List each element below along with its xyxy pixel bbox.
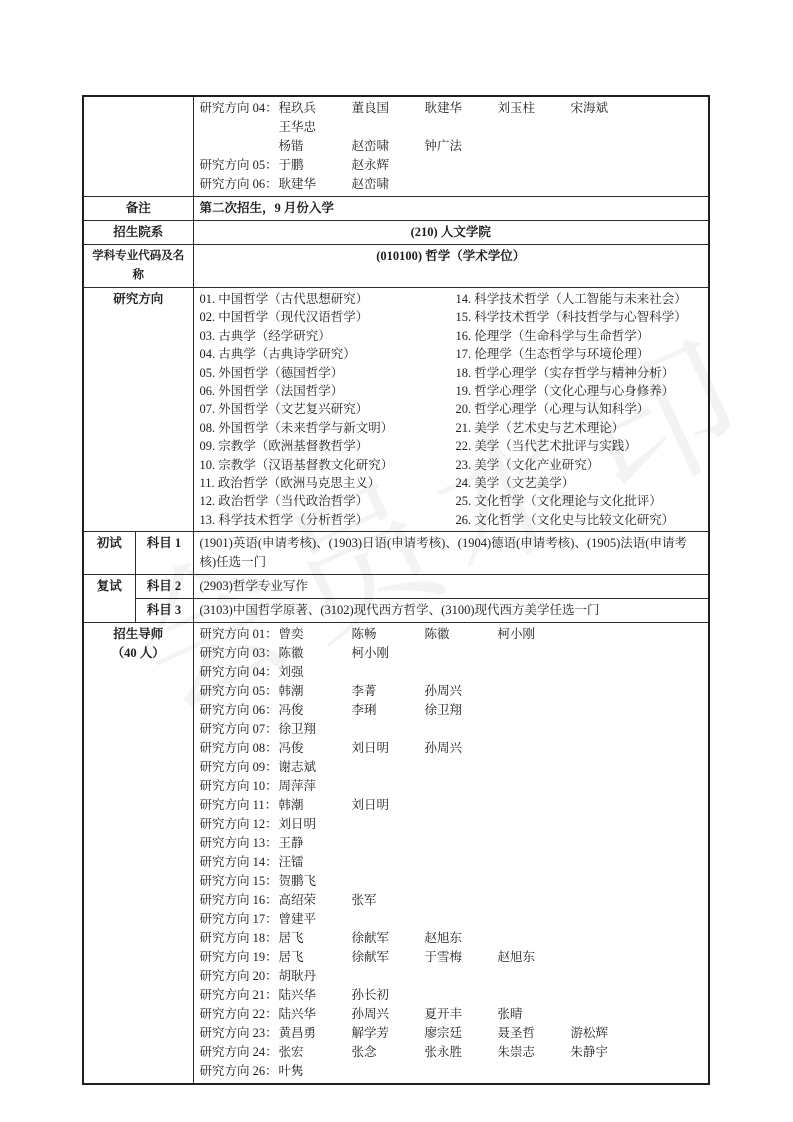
second-exam-row-1: 复试 科目 2 (2903)哲学专业写作 bbox=[83, 575, 709, 599]
direction-label: 研究方向 19： bbox=[200, 948, 279, 967]
direction-label: 研究方向 11： bbox=[200, 796, 279, 815]
supervisor-names: 韩潮李菁孙周兴 bbox=[279, 682, 703, 701]
supervisor-line: 研究方向 07： 徐卫翔 bbox=[200, 720, 703, 739]
direction-label: 研究方向 14： bbox=[200, 853, 279, 872]
remark-label: 备注 bbox=[83, 197, 193, 221]
supervisor-name: 耿建华 bbox=[425, 99, 498, 118]
supervisor-names: 刘日明 bbox=[279, 815, 703, 834]
direction-label: 研究方向 15： bbox=[200, 872, 279, 891]
supervisor-names: 黄昌勇解学芳廖宗廷聂圣哲游松辉 bbox=[279, 1024, 703, 1043]
direction-label: 研究方向 22： bbox=[200, 1005, 279, 1024]
supervisor-name: 柯小刚 bbox=[352, 644, 425, 663]
subject2-label: 科目 2 bbox=[135, 575, 193, 599]
mentors-label-line1: 招生导师 bbox=[90, 625, 187, 644]
supervisor-name: 徐卫翔 bbox=[279, 720, 352, 739]
supervisor-name: 陆兴华 bbox=[279, 1005, 352, 1024]
supervisor-name: 胡耿丹 bbox=[279, 967, 352, 986]
supervisor-names: 周萍萍 bbox=[279, 777, 703, 796]
supervisor-line: 研究方向 24： 张宏张念张永胜朱崇志朱静宇 bbox=[200, 1043, 703, 1062]
supervisor-line: 研究方向 10： 周萍萍 bbox=[200, 777, 703, 796]
direction-label: 研究方向 26： bbox=[200, 1062, 279, 1081]
direction-item: 12. 政治哲学（当代政治哲学） bbox=[200, 492, 456, 510]
supervisor-name: 廖宗廷 bbox=[425, 1024, 498, 1043]
direction-item: 02. 中国哲学（现代汉语哲学） bbox=[200, 308, 456, 326]
direction-label: 研究方向 05： bbox=[200, 682, 279, 701]
supervisor-name: 叶隽 bbox=[279, 1062, 352, 1081]
supervisor-name: 徐献军 bbox=[352, 929, 425, 948]
supervisor-line: 研究方向 26： 叶隽 bbox=[200, 1062, 703, 1081]
supervisor-name: 高绍荣 bbox=[279, 891, 352, 910]
supervisor-name: 曾奕 bbox=[279, 625, 352, 644]
direction-label: 研究方向 03： bbox=[200, 644, 279, 663]
supervisor-names: 居飞徐献军赵旭东 bbox=[279, 929, 703, 948]
first-exam-label: 初试 bbox=[83, 532, 135, 575]
direction-item: 06. 外国哲学（法国哲学） bbox=[200, 382, 456, 400]
direction-item: 01. 中国哲学（古代思想研究） bbox=[200, 290, 456, 308]
direction-item: 10. 宗教学（汉语基督教文化研究） bbox=[200, 456, 456, 474]
supervisor-names: 高绍荣张军 bbox=[279, 891, 703, 910]
supervisor-line: 研究方向 06： 耿建华赵峦啸 bbox=[200, 175, 703, 194]
directions-label: 研究方向 bbox=[83, 288, 193, 532]
supervisor-name: 张宏 bbox=[279, 1043, 352, 1062]
directions-right-column: 14. 科学技术哲学（人工智能与未来社会） 15. 科学技术哲学（科技哲学与心智… bbox=[456, 290, 703, 529]
direction-item: 20. 哲学心理学（心理与认知科学） bbox=[456, 400, 703, 418]
direction-item: 16. 伦理学（生命科学与生命哲学） bbox=[456, 327, 703, 345]
direction-item: 26. 文化哲学（文化史与比较文化研究） bbox=[456, 511, 703, 529]
supervisor-names: 程玖兵董良国耿建华刘玉柱宋海斌王华忠 bbox=[279, 99, 703, 137]
supervisor-name: 钟广法 bbox=[425, 137, 498, 156]
supervisor-name: 徐献军 bbox=[352, 948, 425, 967]
supervisor-name: 程玖兵 bbox=[279, 99, 352, 118]
direction-item: 11. 政治哲学（欧洲马克思主义） bbox=[200, 474, 456, 492]
supervisor-names: 冯俊刘日明孙周兴 bbox=[279, 739, 703, 758]
supervisor-name: 汪镭 bbox=[279, 853, 352, 872]
supervisor-name: 刘日明 bbox=[352, 739, 425, 758]
empty-label-cell bbox=[83, 96, 193, 197]
supervisor-line: 研究方向 16： 高绍荣张军 bbox=[200, 891, 703, 910]
supervisor-name: 聂圣哲 bbox=[498, 1024, 571, 1043]
supervisor-name: 冯俊 bbox=[279, 739, 352, 758]
supervisor-name: 宋海斌 bbox=[571, 99, 644, 118]
supervisor-name: 冯俊 bbox=[279, 701, 352, 720]
supervisor-name: 耿建华 bbox=[279, 175, 352, 194]
second-exam-row-2: 科目 3 (3103)中国哲学原著、(3102)现代西方哲学、(3100)现代西… bbox=[83, 599, 709, 623]
supervisor-line: 研究方向 15： 贺鹏飞 bbox=[200, 872, 703, 891]
supervisor-name: 于鹏 bbox=[279, 156, 352, 175]
direction-item: 17. 伦理学（生态哲学与环境伦理） bbox=[456, 345, 703, 363]
supervisor-line: 研究方向 12： 刘日明 bbox=[200, 815, 703, 834]
supervisor-names: 陆兴华孙周兴夏开丰张晴 bbox=[279, 1005, 703, 1024]
supervisor-name: 游松辉 bbox=[571, 1024, 644, 1043]
direction-label: 研究方向 20： bbox=[200, 967, 279, 986]
major-label: 学科专业代码及名称 bbox=[83, 245, 193, 288]
supervisor-name: 解学芳 bbox=[352, 1024, 425, 1043]
direction-label: 研究方向 23： bbox=[200, 1024, 279, 1043]
supervisor-line: 研究方向 21： 陆兴华孙长初 bbox=[200, 986, 703, 1005]
supervisor-names: 汪镭 bbox=[279, 853, 703, 872]
direction-label: 研究方向 04： bbox=[200, 99, 279, 137]
direction-item: 05. 外国哲学（德国哲学） bbox=[200, 364, 456, 382]
supervisor-name: 赵旭东 bbox=[498, 948, 571, 967]
supervisor-name: 居飞 bbox=[279, 948, 352, 967]
mentors-label-line2: （40 人） bbox=[90, 644, 187, 663]
supervisor-names: 叶隽 bbox=[279, 1062, 703, 1081]
direction-label: 研究方向 09： bbox=[200, 758, 279, 777]
supervisor-name: 张永胜 bbox=[425, 1043, 498, 1062]
supervisor-name: 赵峦啸 bbox=[352, 175, 425, 194]
department-value: (210) 人文学院 bbox=[193, 221, 709, 245]
supervisor-name: 赵峦啸 bbox=[352, 137, 425, 156]
supervisor-name: 黄昌勇 bbox=[279, 1024, 352, 1043]
direction-label: 研究方向 05： bbox=[200, 156, 279, 175]
subject2-value: (2903)哲学专业写作 bbox=[193, 575, 709, 599]
direction-label: 研究方向 07： bbox=[200, 720, 279, 739]
supervisor-line: 研究方向 06： 冯俊李琍徐卫翔 bbox=[200, 701, 703, 720]
mentors-label: 招生导师 （40 人） bbox=[83, 623, 193, 1085]
supervisor-name: 谢志斌 bbox=[279, 758, 352, 777]
supervisor-line: 研究方向 05： 于鹏赵永辉 bbox=[200, 156, 703, 175]
supervisor-line: 研究方向 23： 黄昌勇解学芳廖宗廷聂圣哲游松辉 bbox=[200, 1024, 703, 1043]
supervisor-name: 陈徽 bbox=[425, 625, 498, 644]
supervisor-name: 贺鹏飞 bbox=[279, 872, 352, 891]
subject3-value: (3103)中国哲学原著、(3102)现代西方哲学、(3100)现代西方美学任选… bbox=[193, 599, 709, 623]
direction-item: 19. 哲学心理学（文化心理与心身修养） bbox=[456, 382, 703, 400]
supervisor-names: 徐卫翔 bbox=[279, 720, 703, 739]
supervisor-names: 刘强 bbox=[279, 663, 703, 682]
supervisor-names: 谢志斌 bbox=[279, 758, 703, 777]
admissions-table: 研究方向 04： 程玖兵董良国耿建华刘玉柱宋海斌王华忠 杨锴赵峦啸钟广法 研究方… bbox=[82, 95, 710, 1085]
supervisor-name: 韩潮 bbox=[279, 796, 352, 815]
supervisor-name: 张晴 bbox=[498, 1005, 571, 1024]
supervisor-name: 刘日明 bbox=[352, 796, 425, 815]
supervisor-names: 陈徽柯小刚 bbox=[279, 644, 703, 663]
supervisor-name: 徐卫翔 bbox=[425, 701, 498, 720]
direction-item: 24. 美学（文艺美学） bbox=[456, 474, 703, 492]
supervisor-name: 刘玉柱 bbox=[498, 99, 571, 118]
supervisor-name: 李琍 bbox=[352, 701, 425, 720]
supervisor-name: 曾建平 bbox=[279, 910, 352, 929]
remark-value: 第二次招生，9 月份入学 bbox=[193, 197, 709, 221]
direction-label: 研究方向 04： bbox=[200, 663, 279, 682]
supervisor-line: 研究方向 13： 王静 bbox=[200, 834, 703, 853]
supervisor-names: 王静 bbox=[279, 834, 703, 853]
direction-label: 研究方向 13： bbox=[200, 834, 279, 853]
supervisor-names: 曾奕陈畅陈徽柯小刚 bbox=[279, 625, 703, 644]
supervisor-name: 杨锴 bbox=[279, 137, 352, 156]
supervisor-name: 孙周兴 bbox=[352, 1005, 425, 1024]
major-value: (010100) 哲学（学术学位） bbox=[193, 245, 709, 288]
subject1-value: (1901)英语(申请考核)、(1903)日语(申请考核)、(1904)德语(申… bbox=[193, 532, 709, 575]
supervisor-line: 研究方向 11： 韩潮刘日明 bbox=[200, 796, 703, 815]
supervisor-name: 张念 bbox=[352, 1043, 425, 1062]
supervisor-name: 朱静宇 bbox=[571, 1043, 644, 1062]
direction-item: 23. 美学（文化产业研究） bbox=[456, 456, 703, 474]
supervisor-line: 研究方向 20： 胡耿丹 bbox=[200, 967, 703, 986]
direction-item: 22. 美学（当代艺术批评与实践） bbox=[456, 437, 703, 455]
supervisor-name: 韩潮 bbox=[279, 682, 352, 701]
direction-label: 研究方向 17： bbox=[200, 910, 279, 929]
admissions-table-document: 研究方向 04： 程玖兵董良国耿建华刘玉柱宋海斌王华忠 杨锴赵峦啸钟广法 研究方… bbox=[82, 95, 710, 1085]
direction-label: 研究方向 01： bbox=[200, 625, 279, 644]
subject3-label: 科目 3 bbox=[135, 599, 193, 623]
subject1-label: 科目 1 bbox=[135, 532, 193, 575]
supervisor-name: 于雪梅 bbox=[425, 948, 498, 967]
supervisor-name: 柯小刚 bbox=[498, 625, 571, 644]
direction-item: 13. 科学技术哲学（分析哲学） bbox=[200, 511, 456, 529]
supervisor-names: 胡耿丹 bbox=[279, 967, 703, 986]
directions-cell: 01. 中国哲学（古代思想研究） 02. 中国哲学（现代汉语哲学） 03. 古典… bbox=[193, 288, 709, 532]
remark-row: 备注 第二次招生，9 月份入学 bbox=[83, 197, 709, 221]
supervisor-name: 王华忠 bbox=[279, 118, 352, 137]
supervisor-names: 张宏张念张永胜朱崇志朱静宇 bbox=[279, 1043, 703, 1062]
supervisor-name: 孙周兴 bbox=[425, 739, 498, 758]
supervisor-name: 赵旭东 bbox=[425, 929, 498, 948]
supervisor-line: 研究方向 14： 汪镭 bbox=[200, 853, 703, 872]
supervisor-line: 研究方向 22： 陆兴华孙周兴夏开丰张晴 bbox=[200, 1005, 703, 1024]
supervisor-name: 陆兴华 bbox=[279, 986, 352, 1005]
supervisor-line: 研究方向 01： 曾奕陈畅陈徽柯小刚 bbox=[200, 625, 703, 644]
supervisor-name: 王静 bbox=[279, 834, 352, 853]
supervisor-names: 耿建华赵峦啸 bbox=[279, 175, 703, 194]
supervisor-name: 夏开丰 bbox=[425, 1005, 498, 1024]
supervisor-name: 刘强 bbox=[279, 663, 352, 682]
direction-label: 研究方向 06： bbox=[200, 175, 279, 194]
direction-label: 研究方向 10： bbox=[200, 777, 279, 796]
directions-left-column: 01. 中国哲学（古代思想研究） 02. 中国哲学（现代汉语哲学） 03. 古典… bbox=[200, 290, 456, 529]
department-label: 招生院系 bbox=[83, 221, 193, 245]
direction-item: 14. 科学技术哲学（人工智能与未来社会） bbox=[456, 290, 703, 308]
supervisor-names: 贺鹏飞 bbox=[279, 872, 703, 891]
direction-label: 研究方向 12： bbox=[200, 815, 279, 834]
direction-label: 研究方向 16： bbox=[200, 891, 279, 910]
supervisor-names-wrap: 杨锴赵峦啸钟广法 bbox=[279, 137, 703, 156]
direction-label: 研究方向 06： bbox=[200, 701, 279, 720]
supervisor-name: 李菁 bbox=[352, 682, 425, 701]
supervisor-line: 研究方向 04： 程玖兵董良国耿建华刘玉柱宋海斌王华忠 bbox=[200, 99, 703, 137]
supervisor-line: 研究方向 18： 居飞徐献军赵旭东 bbox=[200, 929, 703, 948]
direction-item: 08. 外国哲学（未来哲学与新文明） bbox=[200, 419, 456, 437]
direction-item: 07. 外国哲学（文艺复兴研究） bbox=[200, 400, 456, 418]
supervisor-names: 冯俊李琍徐卫翔 bbox=[279, 701, 703, 720]
department-row: 招生院系 (210) 人文学院 bbox=[83, 221, 709, 245]
mentors-cell: 研究方向 01： 曾奕陈畅陈徽柯小刚 研究方向 03： 陈徽柯小刚 研究方向 0… bbox=[193, 623, 709, 1085]
supervisor-name: 孙长初 bbox=[352, 986, 425, 1005]
supervisor-line: 研究方向 08： 冯俊刘日明孙周兴 bbox=[200, 739, 703, 758]
supervisor-name: 张军 bbox=[352, 891, 425, 910]
direction-label: 研究方向 24： bbox=[200, 1043, 279, 1062]
supervisor-line: 研究方向 03： 陈徽柯小刚 bbox=[200, 644, 703, 663]
supervisor-line: 研究方向 17： 曾建平 bbox=[200, 910, 703, 929]
supervisor-name: 周萍萍 bbox=[279, 777, 352, 796]
major-row: 学科专业代码及名称 (010100) 哲学（学术学位） bbox=[83, 245, 709, 288]
supervisor-names: 陆兴华孙长初 bbox=[279, 986, 703, 1005]
supervisor-names: 居飞徐献军于雪梅赵旭东 bbox=[279, 948, 703, 967]
supervisor-name: 孙周兴 bbox=[425, 682, 498, 701]
supervisor-names: 于鹏赵永辉 bbox=[279, 156, 703, 175]
direction-item: 21. 美学（艺术史与艺术理论） bbox=[456, 419, 703, 437]
supervisor-name: 朱崇志 bbox=[498, 1043, 571, 1062]
supervisor-name: 居飞 bbox=[279, 929, 352, 948]
first-exam-row: 初试 科目 1 (1901)英语(申请考核)、(1903)日语(申请考核)、(1… bbox=[83, 532, 709, 575]
supervisor-name: 刘日明 bbox=[279, 815, 352, 834]
direction-item: 18. 哲学心理学（实存哲学与精神分析） bbox=[456, 364, 703, 382]
direction-label: 研究方向 08： bbox=[200, 739, 279, 758]
supervisor-names: 韩潮刘日明 bbox=[279, 796, 703, 815]
direction-item: 03. 古典学（经学研究） bbox=[200, 327, 456, 345]
second-exam-label: 复试 bbox=[83, 575, 135, 623]
directions-row: 研究方向 01. 中国哲学（古代思想研究） 02. 中国哲学（现代汉语哲学） 0… bbox=[83, 288, 709, 532]
supervisor-line: 研究方向 19： 居飞徐献军于雪梅赵旭东 bbox=[200, 948, 703, 967]
direction-label: 研究方向 18： bbox=[200, 929, 279, 948]
direction-item: 04. 古典学（古典诗学研究） bbox=[200, 345, 456, 363]
supervisor-line: 研究方向 04： 刘强 bbox=[200, 663, 703, 682]
continuation-row: 研究方向 04： 程玖兵董良国耿建华刘玉柱宋海斌王华忠 杨锴赵峦啸钟广法 研究方… bbox=[83, 96, 709, 197]
continuation-supervisors-cell: 研究方向 04： 程玖兵董良国耿建华刘玉柱宋海斌王华忠 杨锴赵峦啸钟广法 研究方… bbox=[193, 96, 709, 197]
direction-item: 09. 宗教学（欧洲基督教哲学） bbox=[200, 437, 456, 455]
direction-item: 25. 文化哲学（文化理论与文化批评） bbox=[456, 492, 703, 510]
supervisor-name: 陈畅 bbox=[352, 625, 425, 644]
supervisor-name: 董良国 bbox=[352, 99, 425, 118]
supervisor-name: 赵永辉 bbox=[352, 156, 425, 175]
supervisor-name: 陈徽 bbox=[279, 644, 352, 663]
supervisor-names: 曾建平 bbox=[279, 910, 703, 929]
direction-item: 15. 科学技术哲学（科技哲学与心智科学） bbox=[456, 308, 703, 326]
supervisor-line: 研究方向 05： 韩潮李菁孙周兴 bbox=[200, 682, 703, 701]
mentors-row: 招生导师 （40 人） 研究方向 01： 曾奕陈畅陈徽柯小刚 研究方向 03： … bbox=[83, 623, 709, 1085]
supervisor-line: 研究方向 09： 谢志斌 bbox=[200, 758, 703, 777]
direction-label: 研究方向 21： bbox=[200, 986, 279, 1005]
